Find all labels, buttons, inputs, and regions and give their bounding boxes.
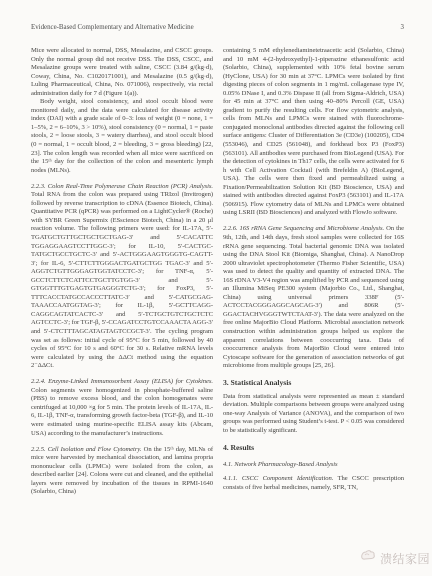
section-2-2-4-heading: 2.2.4. Enzyme-Linked Immunosorbent Assay…	[31, 378, 213, 385]
section-2-2-5: 2.2.5. Cell Isolation and Flow Cytometry…	[31, 446, 213, 497]
paragraph-dai-scoring: Body weight, stool consistency, and stoo…	[31, 98, 213, 175]
heading-network-pharmacology: 4.1. Network Pharmacology-Based Analysis	[223, 461, 404, 470]
section-2-2-4: 2.2.4. Enzyme-Linked Immunosorbent Assay…	[31, 378, 213, 438]
paragraph-methods-groups: Mice were allocated to normal, DSS, Mesa…	[31, 47, 213, 98]
right-column: containing 5 mM ethylenediaminetetraacet…	[223, 47, 404, 492]
section-2-2-5-heading: 2.2.5. Cell Isolation and Flow Cytometry…	[31, 446, 141, 453]
journal-page: Evidence-Based Complementary and Alterna…	[0, 0, 432, 576]
left-column: Mice were allocated to normal, DSS, Mesa…	[31, 47, 213, 497]
paragraph-statistics: Data from statistical analysis were repr…	[223, 393, 404, 436]
watermark-hand-icon	[358, 548, 378, 569]
section-2-2-6-heading: 2.2.6. 16S rRNA Gene Sequencing and Micr…	[223, 225, 384, 232]
section-2-2-6-body: On the 9th, 12th, and 14th days, fresh s…	[223, 225, 404, 369]
section-2-2-5-body: On the 15ᵗʰ day, MLNs of mice were harve…	[31, 446, 213, 496]
page-number: 3	[401, 24, 404, 31]
section-2-2-3: 2.2.3. Colon Real-Time Polymerase Chain …	[31, 183, 213, 371]
watermark: 溃结家园	[358, 548, 430, 569]
heading-results: 4. Results	[223, 444, 404, 453]
paragraph-cell-isolation-cont: containing 5 mM ethylenediaminetetraacet…	[223, 47, 404, 218]
section-4-1-1: 4.1.1. CSCC Component Identification. Th…	[223, 475, 404, 492]
watermark-text: 溃结家园	[380, 550, 430, 567]
section-2-2-3-heading: 2.2.3. Colon Real-Time Polymerase Chain …	[31, 183, 213, 190]
running-header: Evidence-Based Complementary and Alterna…	[31, 24, 404, 31]
section-4-1-1-heading: 4.1.1. CSCC Component Identification.	[223, 475, 333, 482]
section-2-2-4-body: Colon segments were homogenized in phosp…	[31, 387, 213, 437]
section-2-2-3-body: Total RNA from the colon was prepared us…	[31, 191, 213, 369]
journal-title: Evidence-Based Complementary and Alterna…	[31, 24, 194, 31]
section-2-2-6: 2.2.6. 16S rRNA Gene Sequencing and Micr…	[223, 225, 404, 370]
heading-statistical-analysis: 3. Statistical Analysis	[223, 379, 404, 388]
